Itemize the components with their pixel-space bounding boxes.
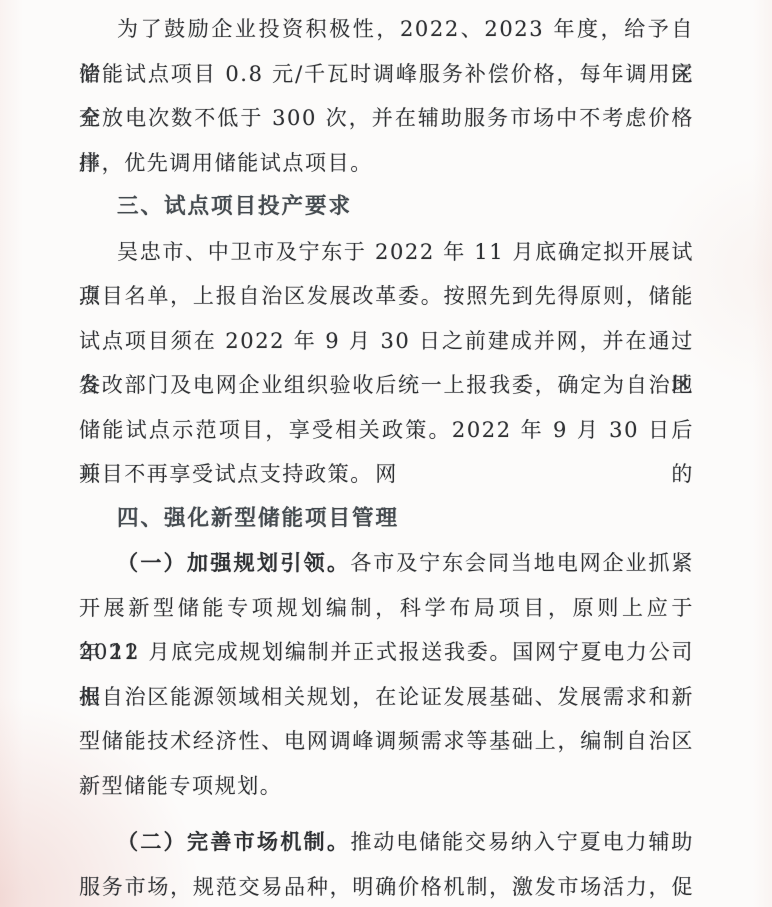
subsection-1-label: （一）加强规划引领。 [117, 550, 350, 575]
paragraph-market-mechanism: （二）完善市场机制。推动电储能交易纳入宁夏电力辅助 服务市场，规范交易品种，明确… [79, 820, 694, 907]
paragraph-compensation-policy: 为了鼓励企业投资积极性，2022、2023 年度，给予自治区 储能试点项目 0.… [79, 7, 694, 185]
text-line: 新型储能专项规划。 [79, 764, 694, 809]
text-line: 试点项目须在 2022 年 9 月 30 日之前建成并网，并在通过各地 [79, 319, 694, 364]
text-line: 年 12 月底完成规划编制并正式报送我委。国网宁夏电力公司根 [79, 630, 694, 675]
text-line: 储能试点示范项目，享受相关政策。2022 年 9 月 30 日后并网的 [79, 408, 694, 453]
text-line: 为了鼓励企业投资积极性，2022、2023 年度，给予自治区 [79, 7, 694, 52]
text-run: 各市及宁东会同当地电网企业抓紧 [350, 551, 694, 575]
text-line: 项目名单，上报自治区发展改革委。按照先到先得原则，储能 [79, 274, 694, 319]
text-line: 服务市场，规范交易品种，明确价格机制，激发市场活力，促 [79, 865, 694, 907]
text-line: （一）加强规划引领。各市及宁东会同当地电网企业抓紧 [79, 541, 694, 586]
section-heading-3: 三、试点项目投产要求 [79, 185, 694, 230]
text-line: 据自治区能源领域相关规划，在论证发展基础、发展需求和新 [79, 675, 694, 720]
text-line: 充放电次数不低于 300 次，并在辅助服务市场中不考虑价格排 [79, 96, 694, 141]
text-run: 推动电储能交易纳入宁夏电力辅助 [350, 830, 694, 854]
text-line: 开展新型储能专项规划编制，科学布局项目，原则上应于 2021 [79, 586, 694, 631]
text-line: 吴忠市、中卫市及宁东于 2022 年 11 月底确定拟开展试点 [79, 230, 694, 275]
text-line: 型储能技术经济性、电网调峰调频需求等基础上，编制自治区 [79, 719, 694, 764]
document-page: 为了鼓励企业投资积极性，2022、2023 年度，给予自治区 储能试点项目 0.… [0, 0, 772, 907]
text-line: 发改部门及电网企业组织验收后统一上报我委，确定为自治区 [79, 363, 694, 408]
subsection-2-label: （二）完善市场机制。 [117, 829, 350, 854]
text-line: （二）完善市场机制。推动电储能交易纳入宁夏电力辅助 [79, 820, 694, 865]
section-heading-4: 四、强化新型储能项目管理 [79, 497, 694, 542]
paragraph-grid-connection-requirements: 吴忠市、中卫市及宁东于 2022 年 11 月底确定拟开展试点 项目名单，上报自… [79, 230, 694, 497]
paragraph-planning-guidance: （一）加强规划引领。各市及宁东会同当地电网企业抓紧 开展新型储能专项规划编制，科… [79, 541, 694, 808]
text-line: 序，优先调用储能试点项目。 [79, 141, 694, 186]
text-line: 储能试点项目 0.8 元/千瓦时调峰服务补偿价格，每年调用完全 [79, 52, 694, 97]
